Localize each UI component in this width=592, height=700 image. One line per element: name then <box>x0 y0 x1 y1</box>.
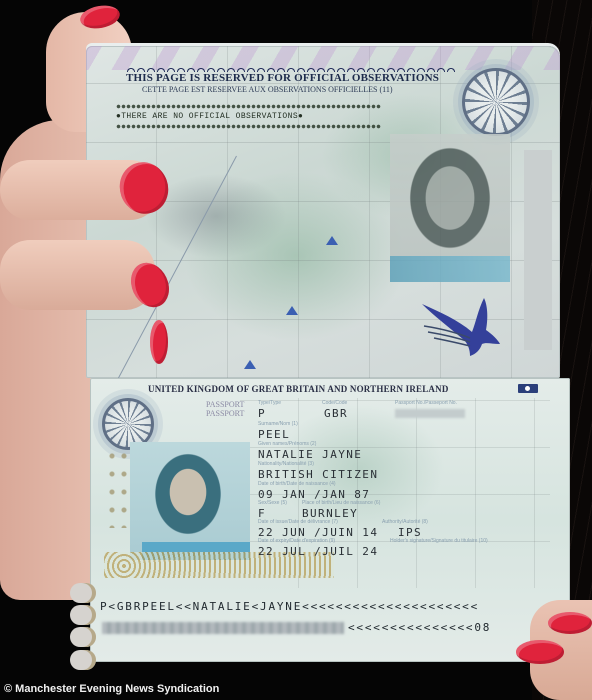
photo-credit: © Manchester Evening News Syndication <box>4 683 219 695</box>
document-word-fr: PASSPORT <box>206 409 244 418</box>
given-names-label: Given names/Prénoms (2) <box>258 441 316 447</box>
nail <box>516 640 564 664</box>
passport-no-redacted <box>395 409 465 418</box>
bracelet <box>70 627 96 647</box>
mrz-line-2-tail: <<<<<<<<<<<<<<<08 <box>348 621 491 634</box>
document-word-en: PASSPORT <box>206 400 244 409</box>
data-page: UNITED KINGDOM OF GREAT BRITAIN AND NORT… <box>90 378 570 662</box>
type-label: Type/Type <box>258 400 281 406</box>
nationality-value: BRITISH CITIZEN <box>258 468 378 481</box>
bird-pattern <box>104 448 128 528</box>
sex-label: Sex/Sexe (5) <box>258 500 287 506</box>
document-word: PASSPORT PASSPORT <box>206 400 244 418</box>
bracelet <box>70 583 96 603</box>
mrz-line-1: P<GBRPEEL<<NATALIE<JAYNE<<<<<<<<<<<<<<<<… <box>100 600 479 613</box>
observations-note: ●THERE ARE NO OFFICIAL OBSERVATIONS● <box>116 112 303 121</box>
nail <box>548 612 592 634</box>
surname-value: PEEL <box>258 428 290 441</box>
route-marker-icon <box>286 306 298 315</box>
nail <box>150 320 168 364</box>
observations-subtitle: CETTE PAGE EST RESERVEE AUX OBSERVATIONS… <box>142 85 393 94</box>
place-of-birth-label: Place of birth/Lieu de naissance (6) <box>302 500 380 506</box>
country-title: UNITED KINGDOM OF GREAT BRITAIN AND NORT… <box>148 384 449 394</box>
surname-label: Surname/Nom (1) <box>258 421 298 427</box>
route-marker-icon <box>326 236 338 245</box>
rosette-emblem-icon <box>462 68 530 136</box>
mrz-line-2-redacted <box>102 622 344 634</box>
route-marker-icon <box>244 360 256 369</box>
swallow-bird-icon <box>420 296 502 358</box>
date-of-issue-label: Date of issue/Date de délivrance (7) <box>258 519 338 525</box>
authority-label: Authority/Autorité (8) <box>382 519 428 525</box>
ghost-portrait <box>390 134 510 282</box>
dotted-rule <box>116 104 381 109</box>
signature-label: Holder's signature/Signature du titulair… <box>390 538 488 544</box>
code-value: GBR <box>324 407 348 420</box>
redacted-strip <box>524 150 552 350</box>
code-label: Code/Code <box>322 400 347 406</box>
date-of-expiry-label: Date of expiry/Date d'expiration (9) <box>258 538 335 544</box>
date-of-expiry-value: 22 JUL /JUIL 24 <box>258 545 378 558</box>
given-names-value: NATALIE JAYNE <box>258 448 362 461</box>
observations-title: THIS PAGE IS RESERVED FOR OFFICIAL OBSER… <box>126 72 439 84</box>
bracelet <box>70 605 96 625</box>
holder-photo <box>130 442 250 560</box>
type-value: P <box>258 407 266 420</box>
dob-label: Date of birth/Date de naissance (4) <box>258 481 336 487</box>
dotted-rule <box>116 124 381 129</box>
bracelet <box>70 650 96 670</box>
passport-no-label: Passport No./Passeport No. <box>395 400 457 406</box>
chip-logo-icon <box>518 384 538 393</box>
nationality-label: Nationality/Nationalité (3) <box>258 461 314 467</box>
